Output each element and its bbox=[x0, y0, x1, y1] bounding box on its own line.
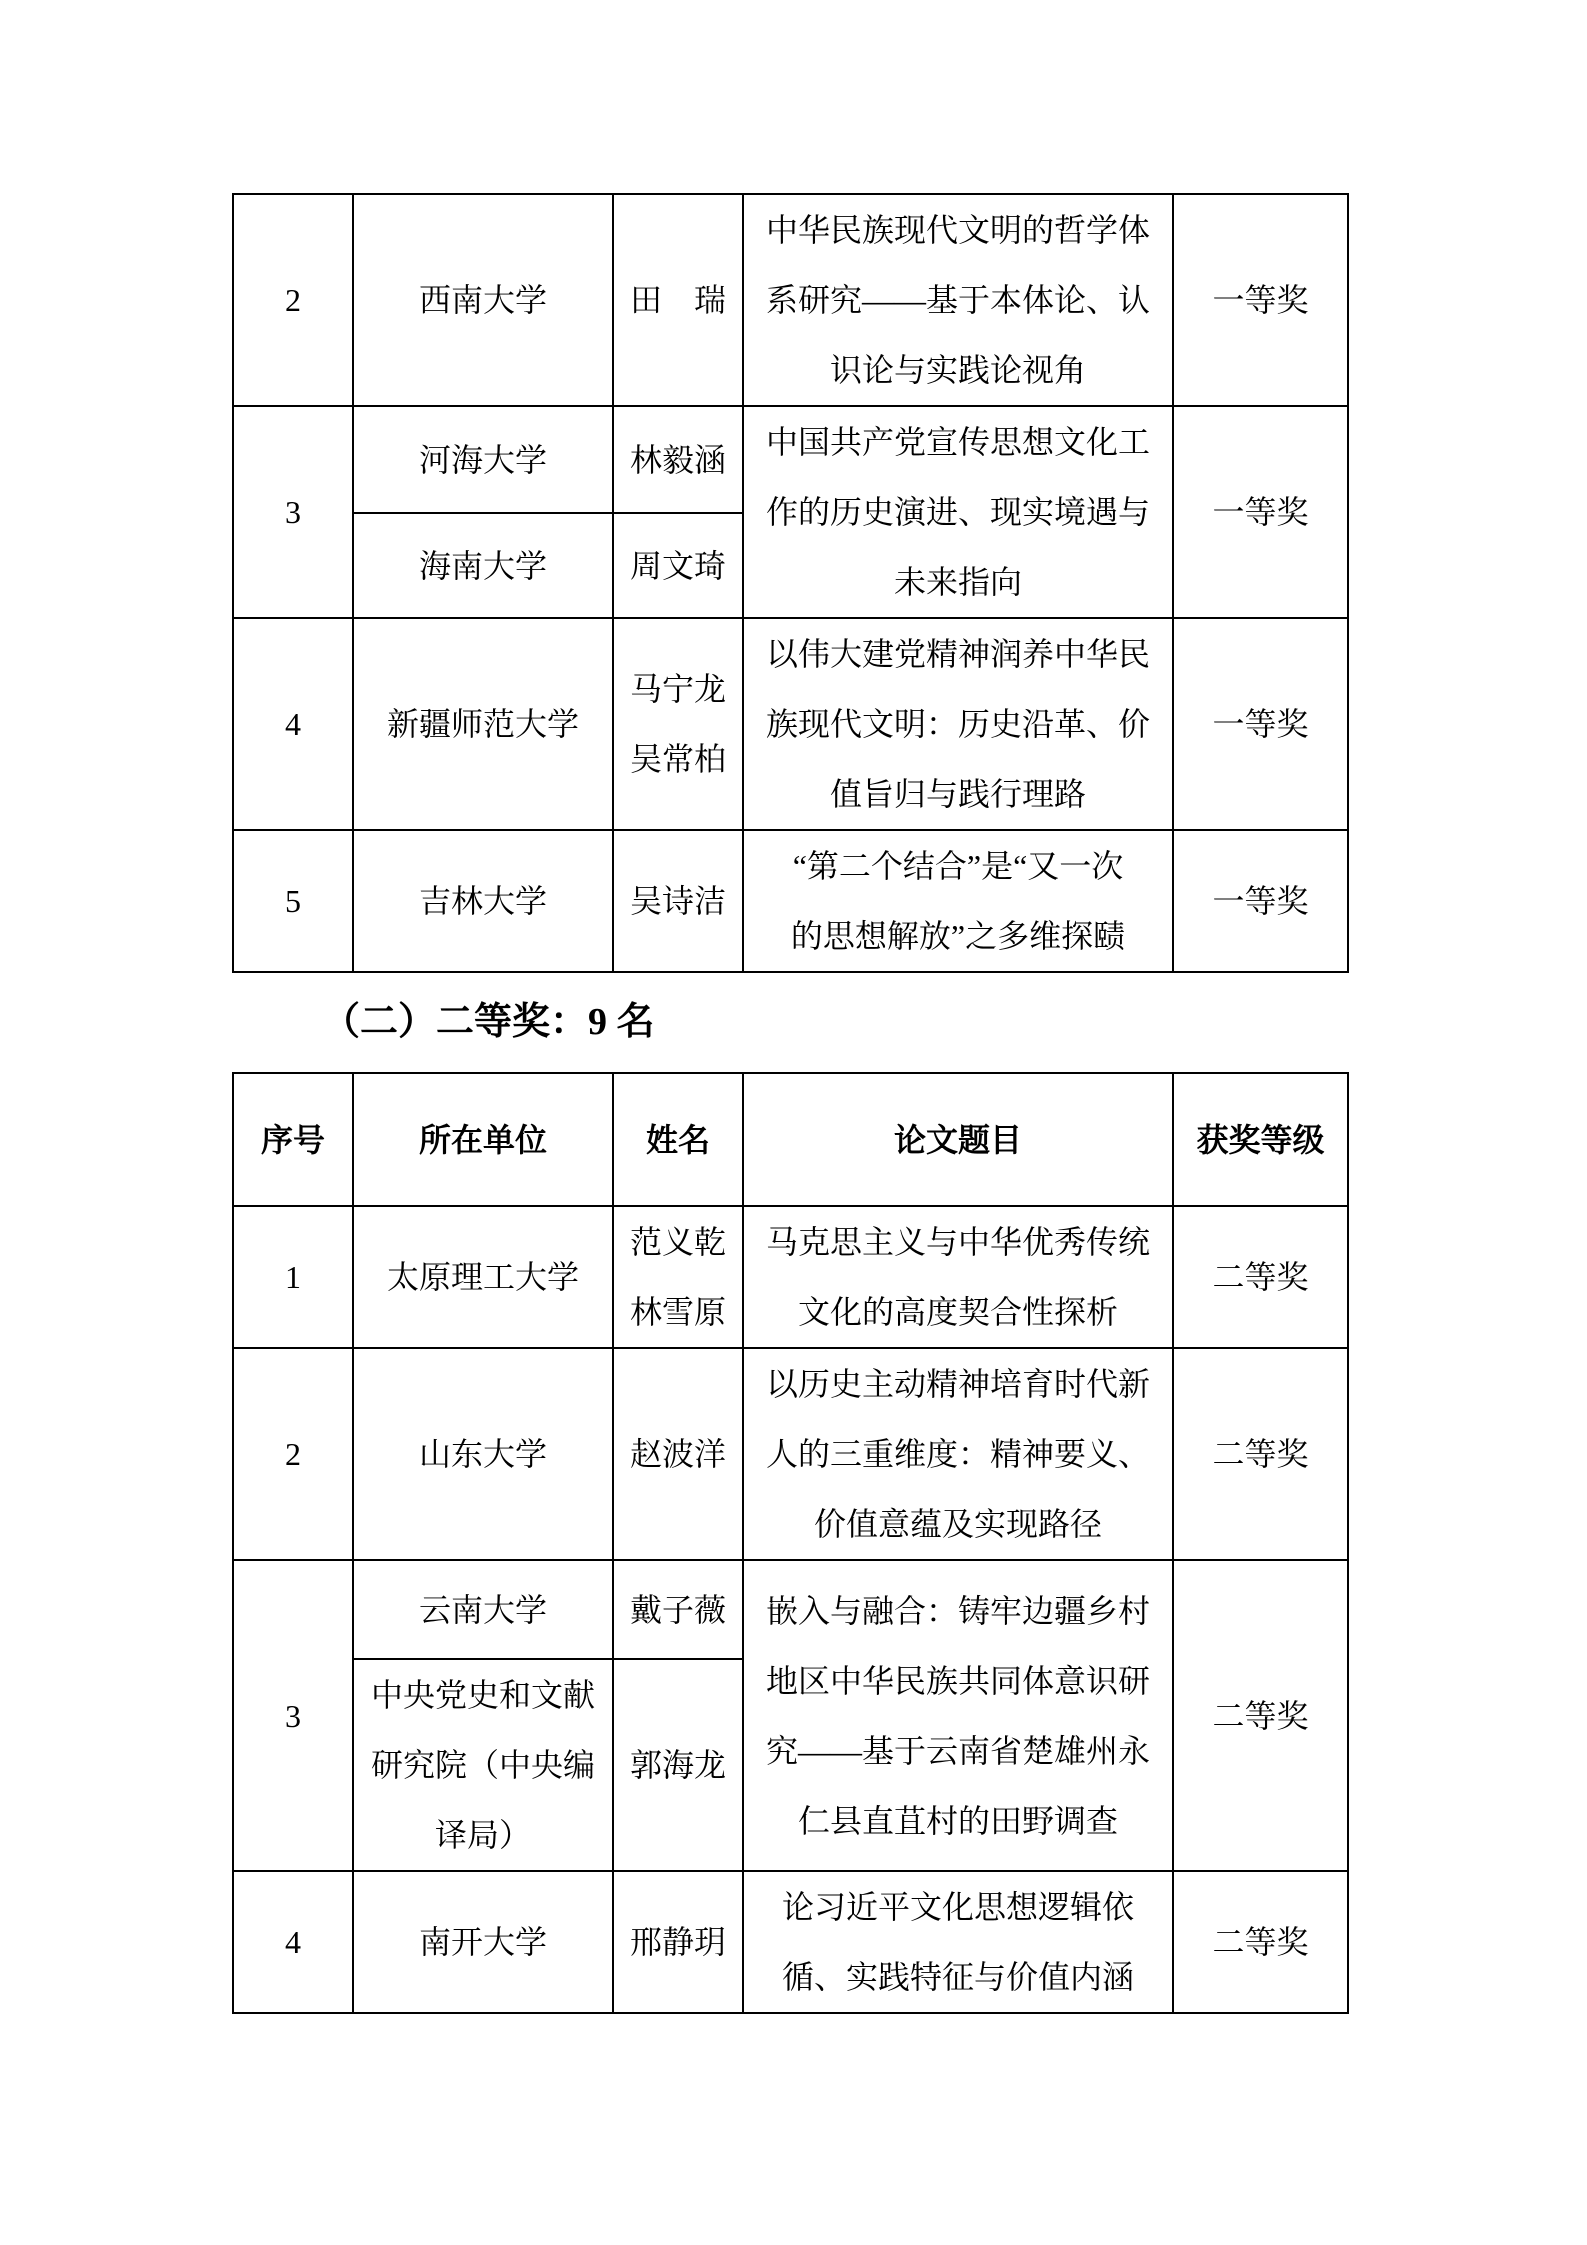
second-prize-table: 序号 所在单位 姓名 论文题目 获奖等级 1 太原理工大学 范义乾 林雪原 马克… bbox=[232, 1072, 1349, 2014]
cell-unit: 西南大学 bbox=[353, 194, 613, 406]
header-seq: 序号 bbox=[233, 1073, 353, 1206]
cell-name: 郭海龙 bbox=[613, 1659, 743, 1871]
table-header-row: 序号 所在单位 姓名 论文题目 获奖等级 bbox=[233, 1073, 1348, 1206]
cell-seq: 3 bbox=[233, 406, 353, 618]
header-name: 姓名 bbox=[613, 1073, 743, 1206]
cell-name: 赵波洋 bbox=[613, 1348, 743, 1560]
cell-award: 二等奖 bbox=[1173, 1206, 1348, 1348]
cell-title: 中华民族现代文明的哲学体 系研究——基于本体论、认 识论与实践论视角 bbox=[743, 194, 1173, 406]
cell-award: 一等奖 bbox=[1173, 406, 1348, 618]
document-page: 2 西南大学 田 瑞 中华民族现代文明的哲学体 系研究——基于本体论、认 识论与… bbox=[0, 0, 1587, 2245]
cell-unit: 南开大学 bbox=[353, 1871, 613, 2013]
table-row: 1 太原理工大学 范义乾 林雪原 马克思主义与中华优秀传统 文化的高度契合性探析… bbox=[233, 1206, 1348, 1348]
cell-award: 二等奖 bbox=[1173, 1871, 1348, 2013]
cell-name: 吴诗洁 bbox=[613, 830, 743, 972]
cell-title: 马克思主义与中华优秀传统 文化的高度契合性探析 bbox=[743, 1206, 1173, 1348]
cell-title: 嵌入与融合：铸牢边疆乡村 地区中华民族共同体意识研 究——基于云南省楚雄州永 仁… bbox=[743, 1560, 1173, 1871]
cell-seq: 2 bbox=[233, 194, 353, 406]
cell-unit: 吉林大学 bbox=[353, 830, 613, 972]
table-row: 2 西南大学 田 瑞 中华民族现代文明的哲学体 系研究——基于本体论、认 识论与… bbox=[233, 194, 1348, 406]
cell-name: 马宁龙 吴常柏 bbox=[613, 618, 743, 830]
cell-seq: 3 bbox=[233, 1560, 353, 1871]
cell-unit: 海南大学 bbox=[353, 513, 613, 618]
cell-name: 戴子薇 bbox=[613, 1560, 743, 1659]
table-row: 3 河海大学 林毅涵 中国共产党宣传思想文化工 作的历史演进、现实境遇与 未来指… bbox=[233, 406, 1348, 513]
cell-unit: 太原理工大学 bbox=[353, 1206, 613, 1348]
cell-seq: 4 bbox=[233, 618, 353, 830]
cell-title: 以伟大建党精神润养中华民 族现代文明：历史沿革、价 值旨归与践行理路 bbox=[743, 618, 1173, 830]
cell-seq: 5 bbox=[233, 830, 353, 972]
cell-unit: 云南大学 bbox=[353, 1560, 613, 1659]
header-title: 论文题目 bbox=[743, 1073, 1173, 1206]
table-row: 4 新疆师范大学 马宁龙 吴常柏 以伟大建党精神润养中华民 族现代文明：历史沿革… bbox=[233, 618, 1348, 830]
cell-title: 论习近平文化思想逻辑依 循、实践特征与价值内涵 bbox=[743, 1871, 1173, 2013]
cell-award: 一等奖 bbox=[1173, 194, 1348, 406]
cell-award: 一等奖 bbox=[1173, 618, 1348, 830]
header-award: 获奖等级 bbox=[1173, 1073, 1348, 1206]
header-unit: 所在单位 bbox=[353, 1073, 613, 1206]
cell-title: 中国共产党宣传思想文化工 作的历史演进、现实境遇与 未来指向 bbox=[743, 406, 1173, 618]
cell-name: 周文琦 bbox=[613, 513, 743, 618]
cell-name: 田 瑞 bbox=[613, 194, 743, 406]
cell-seq: 2 bbox=[233, 1348, 353, 1560]
first-prize-table: 2 西南大学 田 瑞 中华民族现代文明的哲学体 系研究——基于本体论、认 识论与… bbox=[232, 193, 1349, 973]
table-row: 3 云南大学 戴子薇 嵌入与融合：铸牢边疆乡村 地区中华民族共同体意识研 究——… bbox=[233, 1560, 1348, 1659]
cell-name: 邢静玥 bbox=[613, 1871, 743, 2013]
cell-title: 以历史主动精神培育时代新 人的三重维度：精神要义、 价值意蕴及实现路径 bbox=[743, 1348, 1173, 1560]
cell-name: 林毅涵 bbox=[613, 406, 743, 513]
cell-title: “第二个结合”是“又一次 的思想解放”之多维探赜 bbox=[743, 830, 1173, 972]
table-row: 2 山东大学 赵波洋 以历史主动精神培育时代新 人的三重维度：精神要义、 价值意… bbox=[233, 1348, 1348, 1560]
cell-unit: 新疆师范大学 bbox=[353, 618, 613, 830]
section-heading: （二）二等奖：9 名 bbox=[232, 998, 1347, 1046]
cell-name: 范义乾 林雪原 bbox=[613, 1206, 743, 1348]
cell-unit: 中央党史和文献 研究院（中央编 译局） bbox=[353, 1659, 613, 1871]
table-row: 5 吉林大学 吴诗洁 “第二个结合”是“又一次 的思想解放”之多维探赜 一等奖 bbox=[233, 830, 1348, 972]
cell-seq: 1 bbox=[233, 1206, 353, 1348]
cell-award: 一等奖 bbox=[1173, 830, 1348, 972]
table-row: 4 南开大学 邢静玥 论习近平文化思想逻辑依 循、实践特征与价值内涵 二等奖 bbox=[233, 1871, 1348, 2013]
cell-award: 二等奖 bbox=[1173, 1560, 1348, 1871]
cell-unit: 山东大学 bbox=[353, 1348, 613, 1560]
cell-seq: 4 bbox=[233, 1871, 353, 2013]
cell-award: 二等奖 bbox=[1173, 1348, 1348, 1560]
cell-unit: 河海大学 bbox=[353, 406, 613, 513]
